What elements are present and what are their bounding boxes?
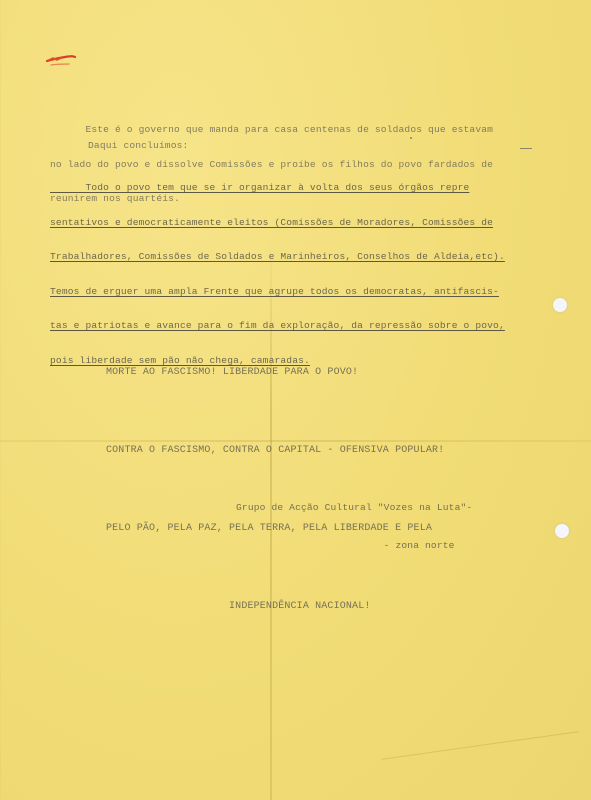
signature-line: - zona norte [236,540,472,553]
slogan-line: CONTRA O FASCISMO, CONTRA O CAPITAL - OF… [106,438,444,464]
text-line: Todo o povo tem que se ir organizar à vo… [50,182,505,194]
signature-block: Grupo de Acção Cultural "Vozes na Luta"-… [236,477,472,565]
punch-hole-icon [553,298,567,312]
slogan-line: MORTE AO FASCISMO! LIBERDADE PARA O POVO… [106,360,444,386]
red-pen-mark-icon [45,52,77,68]
text-line: Trabalhadores, Comissões de Soldados e M… [50,251,505,263]
text-line: Temos de erguer uma ampla Frente que agr… [50,286,505,298]
paragraph-conclusion-lead: Daqui concluímos: [88,140,188,152]
text-line: Este é o governo que manda para casa cen… [50,124,493,136]
ink-dash [520,148,532,149]
ink-dot [410,137,412,139]
text-line: sentativos e democraticamente eleitos (C… [50,217,505,229]
punch-hole-icon [555,524,569,538]
slogan-line: INDEPENDÊNCIA NACIONAL! [106,594,444,620]
signature-line: Grupo de Acção Cultural "Vozes na Luta"- [236,502,472,515]
